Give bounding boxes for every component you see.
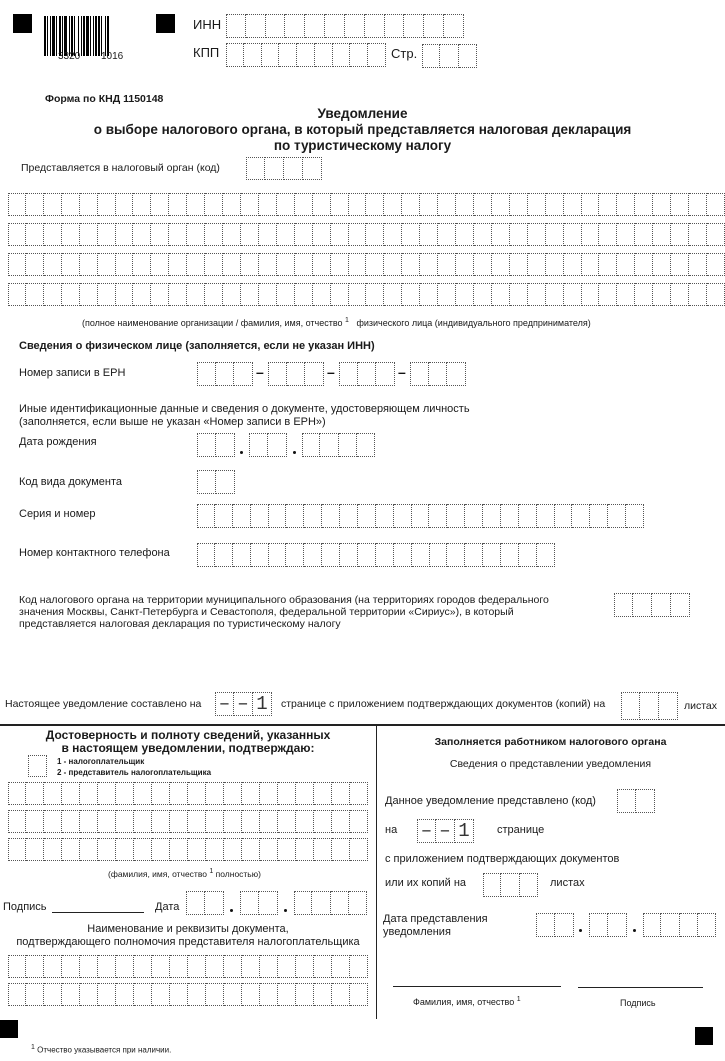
char-cell[interactable]: [278, 983, 296, 1006]
officer-submitted-code-field[interactable]: [617, 789, 655, 813]
ern-field-part-4[interactable]: [410, 362, 466, 386]
char-cell[interactable]: [447, 543, 465, 567]
char-cell[interactable]: [707, 253, 725, 276]
char-cell[interactable]: [277, 253, 295, 276]
char-cell[interactable]: [206, 782, 224, 805]
char-cell[interactable]: [116, 253, 134, 276]
char-cell[interactable]: [188, 955, 206, 978]
char-cell[interactable]: [501, 873, 519, 897]
char-cell[interactable]: [116, 193, 134, 216]
char-cell[interactable]: [226, 14, 246, 38]
char-cell[interactable]: [510, 253, 528, 276]
char-cell[interactable]: [98, 955, 116, 978]
char-cell[interactable]: [546, 283, 564, 306]
char-cell[interactable]: [62, 838, 80, 861]
char-cell[interactable]: [26, 193, 44, 216]
char-cell[interactable]: [260, 955, 278, 978]
char-cell[interactable]: [465, 543, 483, 567]
char-cell[interactable]: [242, 782, 260, 805]
char-cell[interactable]: [134, 983, 152, 1006]
char-cell[interactable]: [302, 433, 320, 457]
char-cell[interactable]: [305, 14, 325, 38]
char-cell[interactable]: [269, 504, 287, 528]
char-cell[interactable]: [365, 14, 385, 38]
char-cell[interactable]: [44, 983, 62, 1006]
char-cell[interactable]: [224, 983, 242, 1006]
char-cell[interactable]: [151, 193, 169, 216]
char-cell[interactable]: [188, 810, 206, 833]
char-cell[interactable]: [296, 983, 314, 1006]
char-cell[interactable]: [331, 253, 349, 276]
char-cell[interactable]: [116, 955, 134, 978]
officer-signature-line[interactable]: [578, 987, 703, 988]
char-cell[interactable]: [278, 782, 296, 805]
char-cell[interactable]: [44, 283, 62, 306]
char-cell[interactable]: [640, 692, 659, 720]
char-cell[interactable]: [350, 955, 368, 978]
char-cell[interactable]: [134, 782, 152, 805]
char-cell[interactable]: [599, 283, 617, 306]
char-cell[interactable]: [116, 283, 134, 306]
char-cell[interactable]: [246, 14, 266, 38]
char-cell[interactable]: [635, 223, 653, 246]
char-cell[interactable]: [170, 782, 188, 805]
char-cell[interactable]: [44, 223, 62, 246]
char-cell[interactable]: [671, 223, 689, 246]
char-cell[interactable]: [187, 283, 205, 306]
char-cell[interactable]: [246, 157, 265, 180]
char-cell[interactable]: [440, 44, 458, 68]
char-cell[interactable]: [259, 283, 277, 306]
char-cell[interactable]: [284, 157, 303, 180]
char-cell[interactable]: [331, 891, 349, 915]
char-cell[interactable]: [394, 543, 412, 567]
char-cell[interactable]: [224, 838, 242, 861]
char-cell[interactable]: [537, 504, 555, 528]
char-cell[interactable]: [242, 955, 260, 978]
char-cell[interactable]: –: [215, 692, 234, 716]
char-cell[interactable]: [295, 253, 313, 276]
char-cell[interactable]: [412, 504, 430, 528]
char-cell[interactable]: [62, 955, 80, 978]
name-field-row-2[interactable]: [8, 223, 725, 246]
char-cell[interactable]: [44, 838, 62, 861]
char-cell[interactable]: [242, 838, 260, 861]
char-cell[interactable]: [116, 838, 134, 861]
char-cell[interactable]: [116, 983, 134, 1006]
char-cell[interactable]: [223, 283, 241, 306]
char-cell[interactable]: [269, 543, 287, 567]
char-cell[interactable]: [305, 362, 324, 386]
char-cell[interactable]: [456, 253, 474, 276]
char-cell[interactable]: [296, 782, 314, 805]
char-cell[interactable]: [169, 253, 187, 276]
char-cell[interactable]: [653, 193, 671, 216]
char-cell[interactable]: [80, 223, 98, 246]
char-cell[interactable]: [133, 193, 151, 216]
char-cell[interactable]: [265, 157, 284, 180]
char-cell[interactable]: [152, 955, 170, 978]
char-cell[interactable]: [62, 223, 80, 246]
char-cell[interactable]: [80, 782, 98, 805]
char-cell[interactable]: [315, 43, 333, 67]
char-cell[interactable]: [133, 223, 151, 246]
char-cell[interactable]: [224, 955, 242, 978]
officer-date-day-field[interactable]: [536, 913, 574, 937]
char-cell[interactable]: [8, 983, 26, 1006]
char-cell[interactable]: [277, 193, 295, 216]
char-cell[interactable]: [188, 838, 206, 861]
char-cell[interactable]: [216, 362, 235, 386]
char-cell[interactable]: [707, 223, 725, 246]
char-cell[interactable]: [438, 223, 456, 246]
char-cell[interactable]: [134, 838, 152, 861]
char-cell[interactable]: [349, 223, 367, 246]
char-cell[interactable]: [249, 433, 268, 457]
page-number-field[interactable]: [422, 44, 477, 68]
char-cell[interactable]: [286, 504, 304, 528]
char-cell[interactable]: [483, 504, 501, 528]
char-cell[interactable]: [295, 223, 313, 246]
char-cell[interactable]: [617, 193, 635, 216]
char-cell[interactable]: [332, 983, 350, 1006]
char-cell[interactable]: [44, 782, 62, 805]
char-cell[interactable]: [314, 955, 332, 978]
char-cell[interactable]: [582, 193, 600, 216]
char-cell[interactable]: [26, 253, 44, 276]
char-cell[interactable]: [572, 504, 590, 528]
char-cell[interactable]: [98, 838, 116, 861]
char-cell[interactable]: [286, 543, 304, 567]
char-cell[interactable]: [170, 983, 188, 1006]
char-cell[interactable]: [152, 838, 170, 861]
char-cell[interactable]: [510, 283, 528, 306]
char-cell[interactable]: [366, 223, 384, 246]
char-cell[interactable]: [447, 362, 466, 386]
char-cell[interactable]: [259, 223, 277, 246]
char-cell[interactable]: [555, 504, 573, 528]
char-cell[interactable]: [197, 470, 216, 494]
confirm-date-day-field[interactable]: [186, 891, 224, 915]
name-field-row-4[interactable]: [8, 283, 725, 306]
char-cell[interactable]: [259, 891, 278, 915]
char-cell[interactable]: [519, 543, 537, 567]
char-cell[interactable]: [296, 955, 314, 978]
char-cell[interactable]: [205, 283, 223, 306]
char-cell[interactable]: [187, 223, 205, 246]
char-cell[interactable]: [456, 223, 474, 246]
char-cell[interactable]: [205, 193, 223, 216]
char-cell[interactable]: [689, 193, 707, 216]
char-cell[interactable]: [394, 504, 412, 528]
char-cell[interactable]: [296, 810, 314, 833]
char-cell[interactable]: [671, 593, 690, 617]
char-cell[interactable]: [80, 983, 98, 1006]
char-cell[interactable]: [133, 253, 151, 276]
char-cell[interactable]: [459, 44, 477, 68]
char-cell[interactable]: [350, 810, 368, 833]
char-cell[interactable]: [80, 253, 98, 276]
char-cell[interactable]: [510, 193, 528, 216]
char-cell[interactable]: [188, 983, 206, 1006]
char-cell[interactable]: [304, 504, 322, 528]
char-cell[interactable]: [44, 253, 62, 276]
char-cell[interactable]: [8, 253, 26, 276]
char-cell[interactable]: [80, 955, 98, 978]
char-cell[interactable]: –: [234, 692, 253, 716]
char-cell[interactable]: [224, 782, 242, 805]
char-cell[interactable]: [206, 810, 224, 833]
char-cell[interactable]: [197, 543, 215, 567]
char-cell[interactable]: [626, 504, 644, 528]
kpp-field[interactable]: [226, 43, 386, 67]
char-cell[interactable]: [278, 810, 296, 833]
char-cell[interactable]: [410, 362, 429, 386]
char-cell[interactable]: [285, 14, 305, 38]
char-cell[interactable]: [465, 504, 483, 528]
char-cell[interactable]: [358, 504, 376, 528]
char-cell[interactable]: [350, 43, 368, 67]
char-cell[interactable]: [241, 253, 259, 276]
char-cell[interactable]: [430, 543, 448, 567]
char-cell[interactable]: [438, 193, 456, 216]
char-cell[interactable]: [8, 810, 26, 833]
char-cell[interactable]: [268, 433, 287, 457]
char-cell[interactable]: [197, 504, 215, 528]
char-cell[interactable]: [216, 470, 235, 494]
char-cell[interactable]: [314, 838, 332, 861]
char-cell[interactable]: [617, 283, 635, 306]
char-cell[interactable]: [206, 983, 224, 1006]
char-cell[interactable]: [564, 253, 582, 276]
char-cell[interactable]: [322, 543, 340, 567]
char-cell[interactable]: [384, 223, 402, 246]
char-cell[interactable]: [44, 955, 62, 978]
char-cell[interactable]: [376, 362, 395, 386]
char-cell[interactable]: [345, 14, 365, 38]
char-cell[interactable]: [260, 983, 278, 1006]
char-cell[interactable]: [242, 983, 260, 1006]
char-cell[interactable]: [277, 283, 295, 306]
char-cell[interactable]: [555, 913, 574, 937]
char-cell[interactable]: [80, 283, 98, 306]
char-cell[interactable]: [520, 873, 538, 897]
char-cell[interactable]: [278, 955, 296, 978]
char-cell[interactable]: [546, 193, 564, 216]
char-cell[interactable]: [241, 223, 259, 246]
char-cell[interactable]: [402, 193, 420, 216]
char-cell[interactable]: [376, 504, 394, 528]
char-cell[interactable]: [8, 838, 26, 861]
char-cell[interactable]: [635, 253, 653, 276]
char-cell[interactable]: [322, 504, 340, 528]
char-cell[interactable]: [314, 810, 332, 833]
char-cell[interactable]: [98, 223, 116, 246]
char-cell[interactable]: [152, 810, 170, 833]
char-cell[interactable]: [313, 223, 331, 246]
char-cell[interactable]: [358, 362, 377, 386]
char-cell[interactable]: [689, 253, 707, 276]
char-cell[interactable]: [325, 14, 345, 38]
char-cell[interactable]: [501, 543, 519, 567]
char-cell[interactable]: [26, 955, 44, 978]
char-cell[interactable]: [424, 14, 444, 38]
char-cell[interactable]: [62, 283, 80, 306]
char-cell[interactable]: [653, 223, 671, 246]
char-cell[interactable]: [205, 223, 223, 246]
confirm-role-field[interactable]: [28, 755, 47, 777]
char-cell[interactable]: [635, 193, 653, 216]
char-cell[interactable]: [368, 43, 386, 67]
char-cell[interactable]: [62, 810, 80, 833]
char-cell[interactable]: [8, 955, 26, 978]
char-cell[interactable]: [340, 543, 358, 567]
char-cell[interactable]: [420, 193, 438, 216]
char-cell[interactable]: [528, 223, 546, 246]
char-cell[interactable]: [260, 782, 278, 805]
char-cell[interactable]: [152, 782, 170, 805]
char-cell[interactable]: [528, 253, 546, 276]
char-cell[interactable]: [339, 362, 358, 386]
char-cell[interactable]: [215, 543, 233, 567]
char-cell[interactable]: [188, 782, 206, 805]
char-cell[interactable]: [608, 504, 626, 528]
char-cell[interactable]: [170, 955, 188, 978]
char-cell[interactable]: [170, 838, 188, 861]
char-cell[interactable]: [312, 891, 330, 915]
char-cell[interactable]: [8, 223, 26, 246]
series-number-field[interactable]: [197, 504, 644, 528]
char-cell[interactable]: [680, 913, 698, 937]
birth-year-field[interactable]: [302, 433, 375, 457]
name-field-row-1[interactable]: [8, 193, 725, 216]
char-cell[interactable]: [116, 223, 134, 246]
char-cell[interactable]: [314, 983, 332, 1006]
char-cell[interactable]: [187, 253, 205, 276]
char-cell[interactable]: [546, 253, 564, 276]
char-cell[interactable]: [333, 43, 351, 67]
name-field-row-3[interactable]: [8, 253, 725, 276]
char-cell[interactable]: [279, 43, 297, 67]
char-cell[interactable]: [313, 283, 331, 306]
char-cell[interactable]: [661, 913, 679, 937]
char-cell[interactable]: [635, 283, 653, 306]
char-cell[interactable]: [438, 253, 456, 276]
char-cell[interactable]: [151, 253, 169, 276]
char-cell[interactable]: [26, 810, 44, 833]
char-cell[interactable]: [169, 283, 187, 306]
char-cell[interactable]: [564, 223, 582, 246]
char-cell[interactable]: [483, 543, 501, 567]
char-cell[interactable]: [331, 193, 349, 216]
char-cell[interactable]: [259, 193, 277, 216]
char-cell[interactable]: [492, 283, 510, 306]
char-cell[interactable]: [501, 504, 519, 528]
char-cell[interactable]: [62, 782, 80, 805]
char-cell[interactable]: [206, 838, 224, 861]
char-cell[interactable]: [241, 193, 259, 216]
char-cell[interactable]: [385, 14, 405, 38]
char-cell[interactable]: [420, 253, 438, 276]
char-cell[interactable]: [599, 223, 617, 246]
char-cell[interactable]: [659, 692, 678, 720]
char-cell[interactable]: [492, 223, 510, 246]
char-cell[interactable]: [80, 193, 98, 216]
char-cell[interactable]: [224, 810, 242, 833]
char-cell[interactable]: [332, 955, 350, 978]
ern-field-part-3[interactable]: [339, 362, 395, 386]
char-cell[interactable]: [26, 283, 44, 306]
char-cell[interactable]: [617, 789, 636, 813]
confirm-date-month-field[interactable]: [240, 891, 278, 915]
char-cell[interactable]: [266, 14, 286, 38]
char-cell[interactable]: [26, 983, 44, 1006]
char-cell[interactable]: [474, 193, 492, 216]
char-cell[interactable]: [447, 504, 465, 528]
char-cell[interactable]: [197, 433, 216, 457]
char-cell[interactable]: [205, 253, 223, 276]
char-cell[interactable]: [332, 838, 350, 861]
char-cell[interactable]: [26, 838, 44, 861]
char-cell[interactable]: [332, 810, 350, 833]
char-cell[interactable]: [62, 253, 80, 276]
char-cell[interactable]: [474, 283, 492, 306]
char-cell[interactable]: [652, 593, 671, 617]
char-cell[interactable]: [582, 253, 600, 276]
char-cell[interactable]: [483, 873, 501, 897]
char-cell[interactable]: [331, 223, 349, 246]
char-cell[interactable]: [492, 253, 510, 276]
char-cell[interactable]: [633, 593, 652, 617]
char-cell[interactable]: [186, 891, 205, 915]
char-cell[interactable]: [8, 283, 26, 306]
confirm-date-year-field[interactable]: [294, 891, 367, 915]
char-cell[interactable]: [456, 283, 474, 306]
birth-month-field[interactable]: [249, 433, 287, 457]
char-cell[interactable]: [98, 983, 116, 1006]
char-cell[interactable]: [80, 838, 98, 861]
char-cell[interactable]: [384, 283, 402, 306]
char-cell[interactable]: [510, 223, 528, 246]
char-cell[interactable]: [358, 543, 376, 567]
char-cell[interactable]: [80, 810, 98, 833]
char-cell[interactable]: [689, 283, 707, 306]
char-cell[interactable]: [98, 782, 116, 805]
char-cell[interactable]: [206, 955, 224, 978]
char-cell[interactable]: [474, 253, 492, 276]
char-cell[interactable]: [304, 543, 322, 567]
char-cell[interactable]: [98, 193, 116, 216]
char-cell[interactable]: [653, 283, 671, 306]
officer-date-year-field[interactable]: [643, 913, 716, 937]
char-cell[interactable]: [404, 14, 424, 38]
char-cell[interactable]: [234, 362, 253, 386]
birth-day-field[interactable]: [197, 433, 235, 457]
char-cell[interactable]: [366, 283, 384, 306]
char-cell[interactable]: [134, 810, 152, 833]
char-cell[interactable]: [698, 913, 716, 937]
char-cell[interactable]: [244, 43, 262, 67]
char-cell[interactable]: [444, 14, 464, 38]
char-cell[interactable]: [151, 223, 169, 246]
char-cell[interactable]: [384, 253, 402, 276]
char-cell[interactable]: [98, 810, 116, 833]
attached-sheets-field[interactable]: [621, 692, 678, 720]
char-cell[interactable]: [546, 223, 564, 246]
char-cell[interactable]: [44, 810, 62, 833]
char-cell[interactable]: [216, 433, 235, 457]
char-cell[interactable]: [223, 193, 241, 216]
